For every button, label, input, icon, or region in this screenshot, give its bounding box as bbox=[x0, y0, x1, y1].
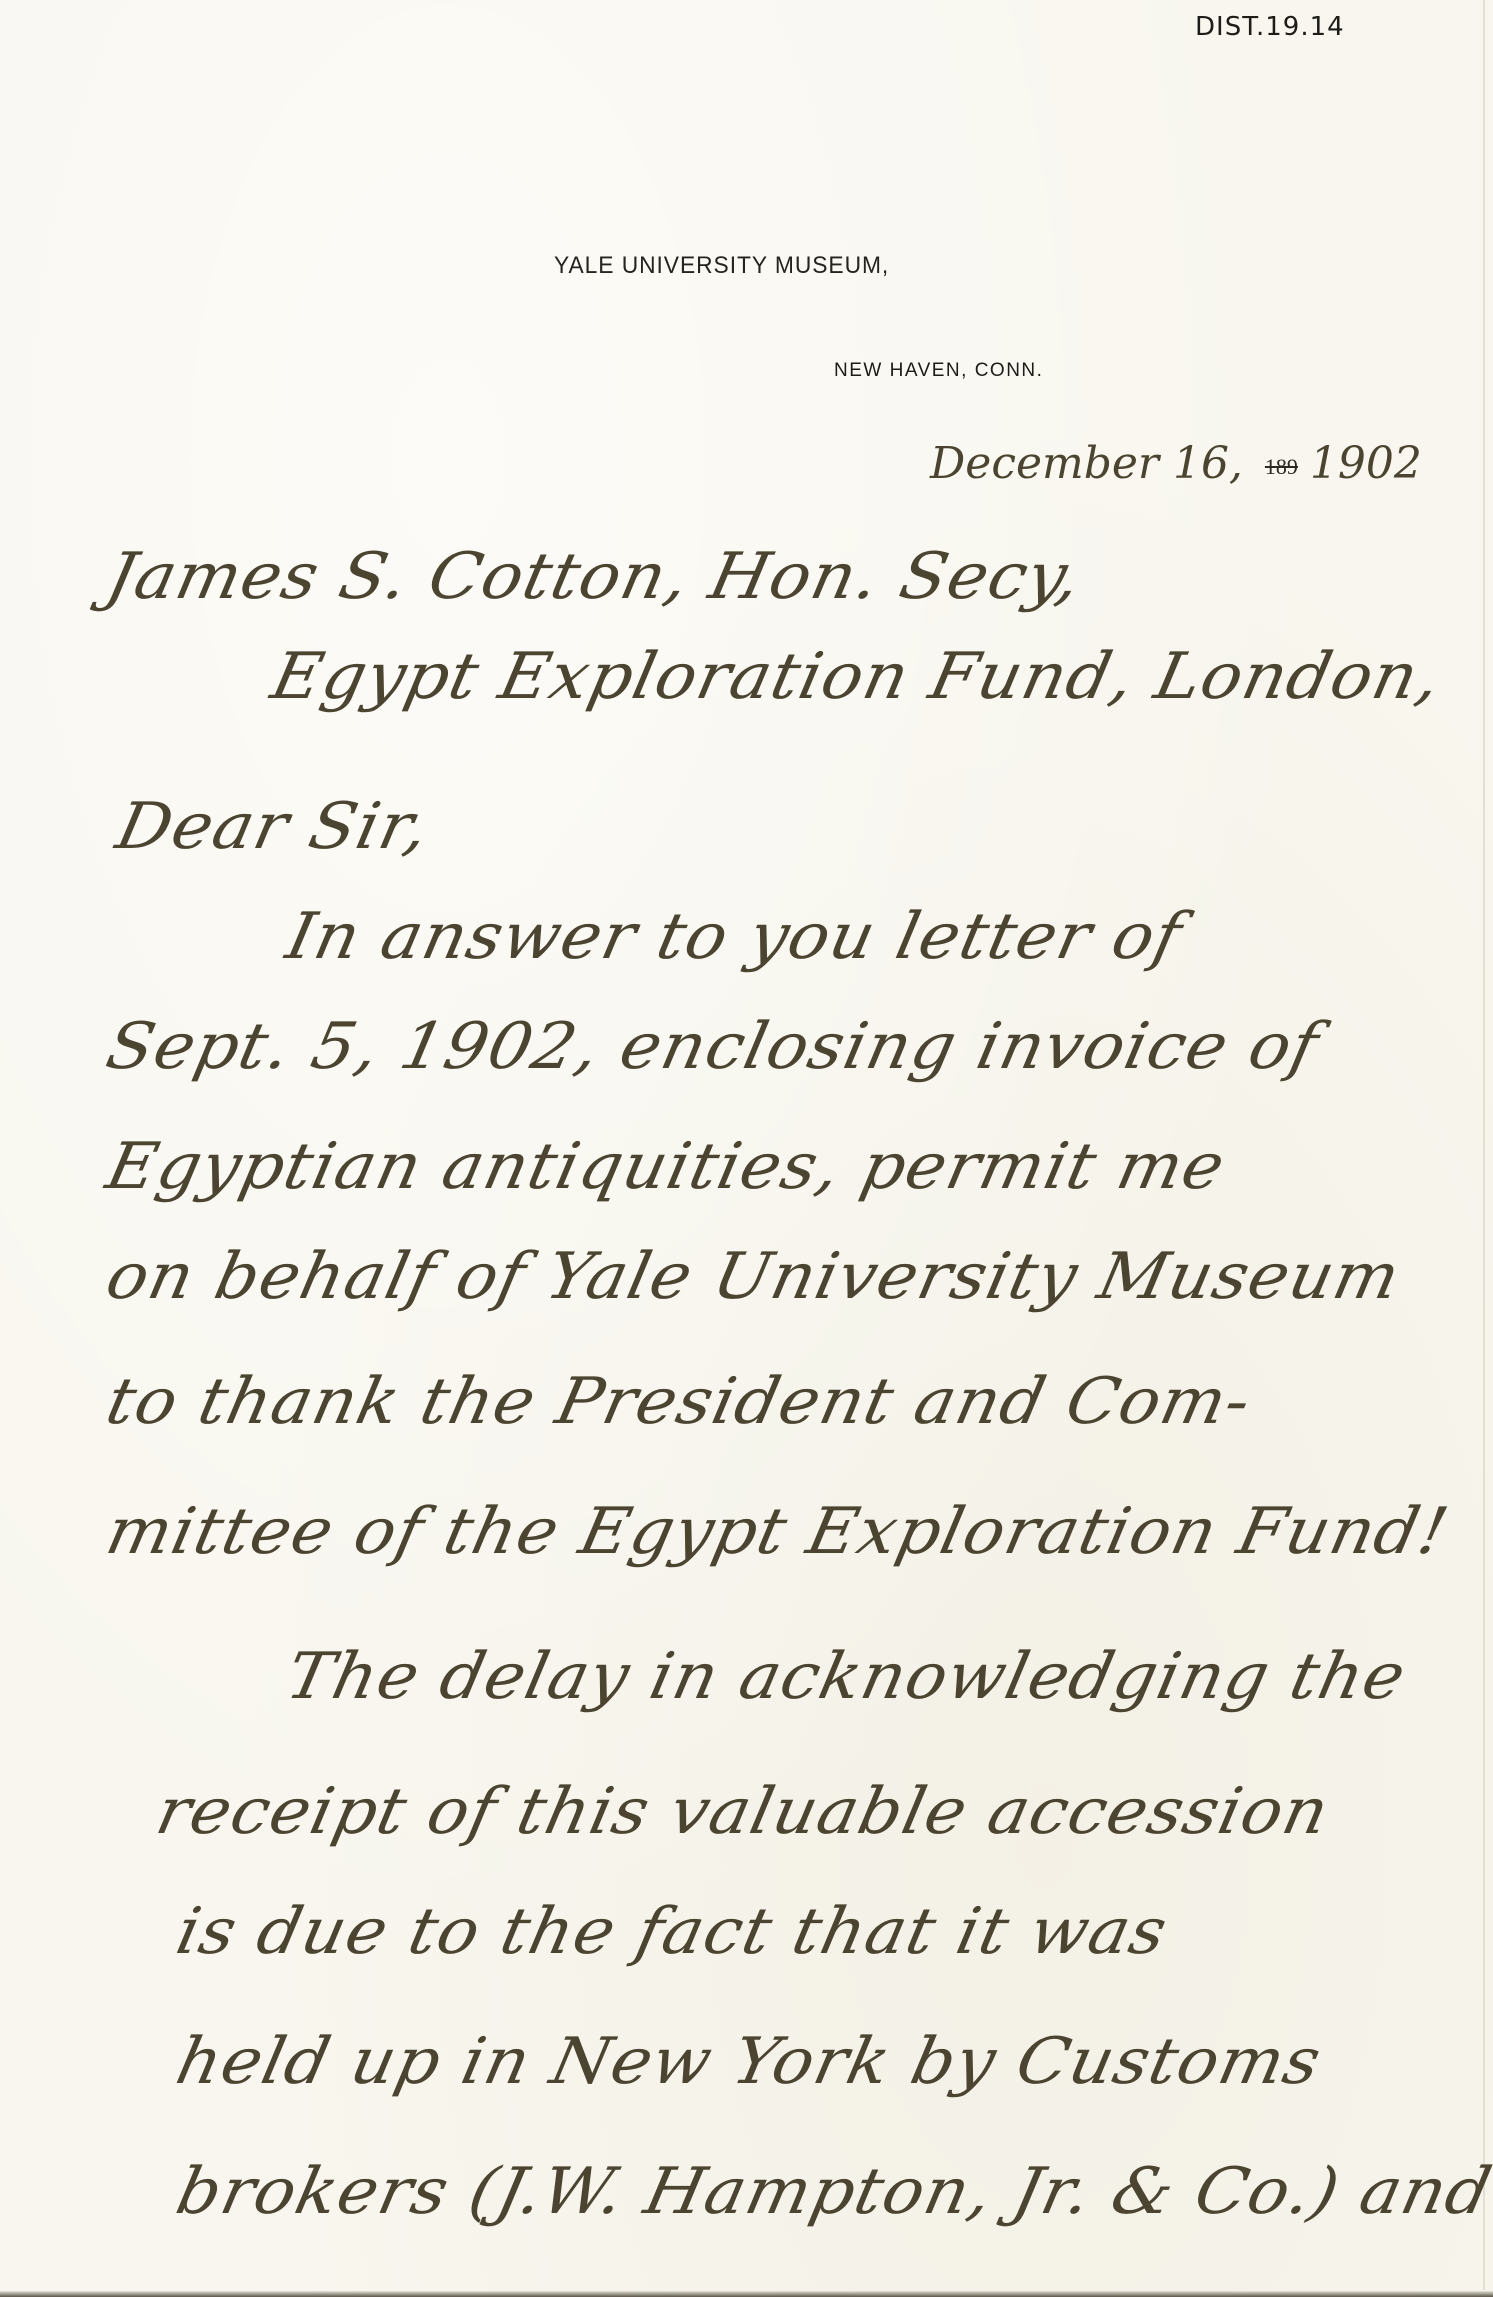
printed-year-struck: 189 bbox=[1265, 454, 1298, 479]
letterhead-institution: YALE UNIVERSITY MUSEUM, bbox=[554, 252, 889, 280]
body-line: Sept. 5, 1902, enclosing invoice of bbox=[100, 1010, 1325, 1084]
archive-id-label: DIST.19.14 bbox=[1195, 12, 1345, 42]
date-year: 1902 bbox=[1310, 438, 1422, 489]
body-line: receipt of this valuable accession bbox=[150, 1775, 1336, 1849]
body-line: mittee of the Egypt Exploration Fund! bbox=[100, 1495, 1455, 1569]
body-line: brokers (J.W. Hampton, Jr. & Co.) and bbox=[170, 2155, 1493, 2229]
salutation: Dear Sir, bbox=[110, 790, 436, 864]
body-line: held up in New York by Customs bbox=[170, 2025, 1328, 2099]
paper-edge bbox=[1483, 0, 1485, 2290]
body-line: to thank the President and Com- bbox=[100, 1365, 1258, 1439]
body-line: is due to the fact that it was bbox=[170, 1895, 1174, 1969]
recipient-line-2: Egypt Exploration Fund, London, bbox=[265, 640, 1448, 714]
body-line: Egyptian antiquities, permit me bbox=[100, 1130, 1232, 1204]
date-month-day: December 16, bbox=[930, 438, 1243, 489]
body-line: The delay in acknowledging the bbox=[280, 1640, 1412, 1714]
body-line: In answer to you letter of bbox=[280, 900, 1189, 974]
paper-bottom-edge bbox=[0, 2291, 1493, 2297]
letter-date: December 16,1891902 bbox=[930, 438, 1422, 489]
letterhead-city: NEW HAVEN, CONN. bbox=[834, 360, 1043, 382]
body-line: on behalf of Yale University Museum bbox=[100, 1240, 1407, 1314]
recipient-line-1: James S. Cotton, Hon. Secy, bbox=[100, 540, 1088, 614]
letter-page: DIST.19.14 YALE UNIVERSITY MUSEUM, NEW H… bbox=[0, 0, 1493, 2297]
